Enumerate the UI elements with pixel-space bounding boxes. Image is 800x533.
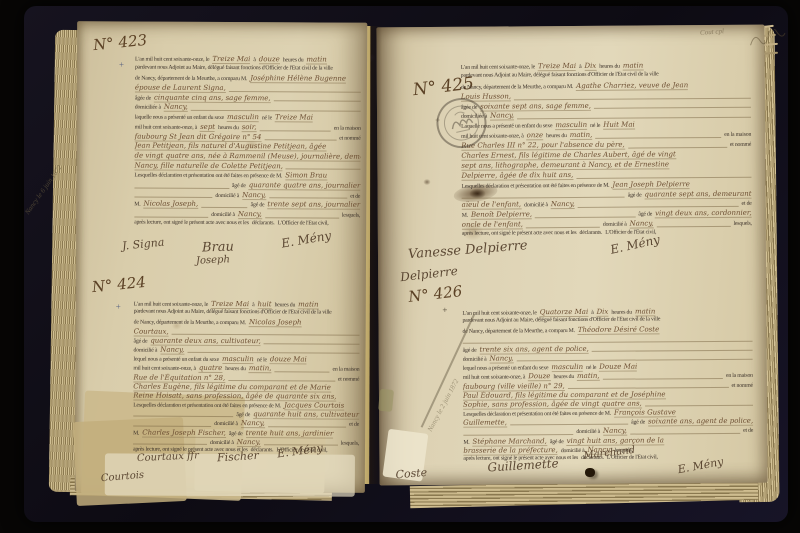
handwritten-entry: quarante deux ans, cultivateur, (150, 336, 261, 346)
form-line: après lecture, ont signé le présent acte… (133, 447, 359, 457)
printed-text: mil huit cent soixante-onze, à (135, 124, 197, 130)
handwritten-entry: Nancy, (242, 191, 266, 200)
signature: Joseph (196, 254, 230, 267)
blank-rule (628, 146, 727, 149)
handwritten-entry: vingt huit ans, garçon de la (567, 436, 664, 446)
printed-text: lesquels, (342, 213, 360, 219)
handwritten-entry: douze (259, 55, 280, 64)
handwritten-entry: Nancy, (489, 354, 513, 363)
printed-text: heures du (283, 57, 304, 63)
printed-text: lequel nous a présenté un enfant du sexe (133, 357, 219, 363)
printed-text: domicilié à (576, 429, 600, 435)
handwritten-entry: quarante huit ans, cultivateur (253, 410, 359, 420)
handwritten-entry: masculin (551, 363, 583, 372)
handwritten-entry: Charles Joseph Fischer, (142, 428, 226, 437)
blank-rule (630, 431, 740, 434)
printed-text: pardevant nous Adjoint au Maire, délégué… (134, 309, 332, 316)
printed-text: domicilié à (215, 193, 239, 199)
printed-text: en la maison (724, 132, 751, 138)
form-line: Reine Hoisatt, sans profession, âgée de … (133, 391, 359, 401)
printed-text: L'an mil huit cent soixante-onze, le (461, 64, 535, 71)
printed-text: heures du (599, 64, 620, 70)
handwritten-entry: quarante quatre ans, journalier (249, 181, 361, 191)
printed-text: heures du (611, 310, 632, 316)
printed-text: heures du (218, 125, 239, 131)
left-page: N° 423 + L'an mil huit cent soixante-onz… (75, 21, 367, 493)
printed-text: né le (257, 357, 267, 363)
form-line: après lecture, ont signé le présent acte… (134, 219, 360, 230)
blank-rule (603, 376, 723, 379)
blank-rule (517, 116, 751, 120)
handwritten-entry: Théodore Désiré Coste (578, 326, 659, 336)
handwritten-entry: Nancy, (238, 210, 262, 219)
act-number: N° 423 (92, 31, 148, 54)
handwritten-entry: Agathe Charriez, veuve de Jean (576, 81, 688, 91)
handwritten-entry: trente sept ans, journalier (267, 201, 360, 210)
printed-text: lesquels, (341, 440, 359, 446)
handwritten-entry: faubourg St Jean dit Grégoire n° 54 (135, 132, 262, 142)
blank-rule (201, 206, 247, 208)
signature: E. Mény (280, 228, 332, 250)
handwritten-entry: onze (527, 131, 544, 140)
printed-text: M. (463, 439, 469, 445)
birth-act-426: N° 426 + L'an mil huit cent soixante-onz… (378, 277, 767, 486)
blank-rule (264, 443, 338, 445)
handwritten-entry: Reine Hoisatt, sans profession, âgée de … (133, 391, 336, 401)
printed-text: déclarants. (252, 220, 275, 226)
printed-text: pardevant nous Adjoint au Maire, délégué… (461, 71, 659, 78)
ink-blot (585, 468, 595, 477)
printed-text: déclarants. (251, 447, 274, 453)
printed-text: déclarants. (581, 455, 604, 461)
archival-note: Cout cpl (700, 27, 724, 37)
handwritten-entry: Jean Petitjean, fils naturel d'Augustine… (135, 142, 327, 152)
printed-text: né le (262, 115, 272, 121)
handwritten-entry: Nicolas Joseph, (143, 200, 198, 209)
printed-text: lesquels, (614, 447, 632, 453)
handwritten-entry: Benoît Delpierre, (471, 211, 532, 220)
printed-text: et de (742, 201, 752, 207)
printed-text: de Nancy, département de la Meurthe, a c… (463, 328, 575, 335)
handwritten-entry: Huit Mai (603, 121, 635, 130)
printed-text: Lesquelles déclaration et présentation o… (134, 173, 282, 180)
blank-rule (274, 370, 329, 372)
blank-rule (576, 175, 751, 178)
blank-rule (535, 216, 635, 219)
handwritten-entry: sept (200, 123, 215, 132)
printed-text: âgé de (550, 439, 564, 445)
printed-text: à (579, 64, 581, 70)
printed-text: âgée de (135, 95, 151, 101)
handwritten-entry: Nancy, (160, 346, 184, 355)
printed-text: domicilié à (524, 203, 548, 209)
blank-rule (191, 109, 361, 112)
printed-text: heures du (553, 374, 574, 380)
handwritten-entry: Quatorze Mai (540, 308, 588, 317)
handwritten-entry: Nancy, (164, 103, 188, 112)
handwritten-entry: Nancy, (630, 220, 654, 229)
printed-text: L'Officier de l'État civil, (605, 230, 656, 236)
blank-rule (463, 433, 573, 436)
signature: Coste (395, 466, 428, 481)
printed-text: domiciliée à (135, 105, 161, 111)
form-line: après lecture, ont signé le présent acte… (463, 454, 753, 465)
blank-rule (268, 425, 346, 427)
printed-text: domicilié à (463, 357, 487, 363)
printed-text: âgé de (628, 192, 642, 198)
handwritten-entry: Treize Mai (275, 113, 313, 122)
printed-text: laquelle nous a présenté un enfant du se… (135, 115, 224, 121)
blank-rule (578, 205, 739, 208)
handwritten-entry: trente huit ans, jardinier (246, 429, 334, 438)
margin-cross-mark: + (442, 305, 447, 315)
blank-rule (592, 349, 753, 352)
handwritten-entry: Douze Mai (599, 363, 637, 372)
blank-rule (187, 351, 359, 354)
printed-text: en la maison (726, 373, 753, 379)
printed-text: heures du (546, 133, 567, 139)
handwritten-entry: Simon Brau (285, 172, 327, 181)
printed-text: L'Officier de l'État civil, (276, 447, 327, 453)
handwritten-entry: masculin (555, 121, 587, 130)
printed-text: domicilié à (561, 448, 585, 454)
handwritten-entry: soir, (242, 123, 257, 132)
printed-text: âgé de (463, 347, 477, 353)
handwritten-entry: matin, (577, 372, 600, 381)
printed-text: déclarants. (579, 230, 602, 236)
blank-rule (264, 138, 336, 140)
printed-text: Lesquelles déclaration et présentation o… (133, 403, 281, 410)
blank-rule (133, 443, 207, 445)
handwritten-entry: Nancy, fille naturelle de Colette Petitj… (134, 161, 283, 171)
handwritten-entry: Nicolas Joseph (249, 319, 302, 328)
handwritten-entry: cinquante cinq ans, sage femme, (154, 93, 271, 103)
handwritten-entry: quatre (199, 364, 223, 373)
handwritten-entry: Nancy, (551, 200, 575, 209)
handwritten-entry: oncle de l'enfant, (462, 221, 523, 230)
handwritten-entry: Nancy, (241, 420, 265, 429)
printed-text: après lecture, ont signé le présent acte… (134, 219, 249, 226)
printed-text: M. (462, 213, 468, 219)
printed-text: domicilié à (603, 222, 627, 228)
printed-text: âgé de (236, 412, 250, 418)
printed-text: et nommé (338, 376, 359, 382)
blank-rule (657, 225, 731, 228)
blank-rule (134, 186, 229, 188)
handwritten-entry: Nancy, (237, 438, 261, 447)
blank-rule (568, 386, 729, 389)
handwritten-entry: matin (623, 61, 643, 70)
handwritten-entry: Courtaux, (134, 327, 169, 336)
blank-rule (274, 100, 361, 102)
blank-rule (645, 404, 753, 407)
blank-rule (134, 196, 212, 198)
printed-text: lesquels, (733, 221, 751, 227)
handwritten-entry: masculin (227, 113, 259, 122)
handwritten-entry: Nancy, (490, 112, 514, 121)
printed-text: âgé de (229, 431, 243, 437)
register-photo: N° 423 + L'an mil huit cent soixante-onz… (0, 0, 800, 533)
handwritten-entry: soixante sept ans, sage femme, (480, 101, 591, 111)
blank-rule (134, 215, 208, 217)
printed-text: après lecture, ont signé le présent acte… (462, 230, 577, 237)
printed-text: domicilié à (211, 212, 235, 218)
printed-text: de Nancy, département de la Meurthe, a c… (134, 320, 246, 327)
birth-act-425: N° 425 + L'an mil huit cent soixante-onz… (376, 25, 766, 280)
blank-rule (172, 332, 360, 335)
blank-rule (286, 168, 361, 170)
handwritten-entry: soixante ans, agent de police, (648, 417, 753, 427)
printed-text: de Nancy, département de la Meurthe, a c… (135, 76, 247, 83)
printed-text: et de (349, 422, 359, 428)
printed-text: L'an mil huit cent soixante-onze, le (134, 302, 208, 308)
printed-text: L'Officier de l'État civil, (607, 454, 658, 460)
birth-act-424: N° 424 + L'an mil huit cent soixante-onz… (75, 271, 366, 493)
printed-text: L'Officier de l'État civil, (278, 220, 329, 226)
handwritten-entry: quarante sept ans, demeurant (644, 189, 751, 199)
handwritten-entry: trente six ans, agent de police, (479, 345, 588, 355)
handwritten-entry: matin, (570, 131, 593, 140)
printed-text: âgé de (631, 420, 645, 426)
blank-rule (462, 196, 625, 199)
handwritten-entry: Treize Mai (211, 300, 249, 309)
printed-text: de Nancy, département de la Meurthe, a c… (461, 84, 573, 91)
handwritten-entry: matin (298, 300, 318, 309)
blank-rule (260, 129, 331, 131)
printed-text: en la maison (332, 367, 359, 373)
blank-rule (514, 96, 751, 100)
printed-text: âgé de (232, 183, 246, 189)
handwritten-entry: Nancy, (587, 446, 611, 455)
printed-text: né le (590, 123, 600, 129)
handwritten-entry: aïeul de l'enfant, (462, 201, 522, 210)
printed-text: et de (350, 193, 360, 199)
signature: Vanesse Delpierre (408, 238, 529, 262)
act-text-body: L'an mil huit cent soixante-onze, leTrei… (134, 55, 361, 231)
handwritten-entry: de vingt quatre ans, née à Rammenil (Meu… (135, 151, 361, 161)
signature: J. Signa (122, 236, 165, 253)
printed-text: M. (133, 430, 139, 436)
printed-text: heures du (275, 302, 296, 308)
act-text-body: L'an mil huit cent soixante-onze, leTrei… (133, 300, 360, 457)
handwritten-entry: Dix (597, 308, 609, 317)
handwritten-entry: matin (306, 55, 326, 64)
gutter-crease-shadow (370, 26, 382, 484)
printed-text: et nommé (731, 382, 752, 388)
handwritten-entry: Guillemette, (463, 419, 507, 428)
printed-text: à (253, 57, 255, 63)
printed-text: heures du (225, 366, 246, 372)
handwritten-entry: Joséphine Hélène Bugenne (250, 75, 346, 85)
blank-rule (526, 226, 600, 229)
handwritten-entry: faubourg (ville vieille) n° 29, (463, 382, 565, 392)
handwritten-entry: vingt deux ans, cordonnier, (655, 209, 752, 219)
printed-text: après lecture, ont signé le présent acte… (133, 447, 248, 454)
blank-rule (228, 379, 335, 382)
signature: Courtois (100, 470, 144, 485)
handwritten-entry: Rue de l'Équitation n° 28, (133, 373, 225, 382)
handwritten-entry: Stéphane Marchand, (472, 437, 546, 447)
handwritten-entry: Jean Joseph Delpierre (612, 180, 690, 190)
handwritten-entry: matin (635, 307, 655, 316)
form-line: après lecture, ont signé le présent acte… (462, 229, 752, 241)
blank-rule (269, 197, 347, 199)
printed-text: à (591, 310, 593, 316)
handwritten-entry: Jacques Courtois (284, 401, 344, 410)
blank-rule (595, 136, 721, 139)
printed-text: à (252, 302, 254, 308)
handwritten-entry: Delpierre, âgée de dix huit ans, (461, 171, 573, 181)
handwritten-entry: matin, (249, 364, 272, 373)
printed-text: mil huit cent soixante-onze, à (133, 366, 195, 372)
printed-text: Lesquelles déclaration et présentation o… (461, 182, 609, 189)
printed-text: mil huit cent soixante-onze, à (463, 375, 525, 381)
margin-cross-mark: + (116, 301, 121, 311)
act-text-body: L'an mil huit cent soixante-onze, leQuat… (462, 307, 753, 465)
handwritten-entry: Nancy, (603, 427, 627, 436)
blank-rule (229, 90, 361, 93)
blank-rule (516, 358, 752, 362)
handwritten-entry: Dix (584, 62, 596, 71)
blank-rule (510, 423, 628, 426)
margin-cross-mark: + (119, 59, 124, 69)
printed-text: et nommé (730, 142, 751, 148)
handwritten-entry: Charles Ernest, fils légitime de Charles… (461, 150, 676, 160)
birth-act-423: N° 423 + L'an mil huit cent soixante-onz… (76, 21, 367, 278)
printed-text: domicilié à (133, 347, 157, 353)
printed-text: et de (743, 428, 753, 434)
handwritten-entry: Treize Mai (212, 55, 250, 64)
act-text-body: L'an mil huit cent soixante-onze, leTrei… (461, 61, 752, 241)
printed-text: M. (134, 202, 140, 208)
handwritten-entry: François Gustave (614, 408, 676, 417)
printed-text: après lecture, ont signé le présent acte… (463, 455, 578, 462)
handwritten-entry: brasserie de la préfecture, (463, 446, 557, 456)
signature: Brau (202, 240, 234, 256)
act-number: N° 424 (91, 273, 147, 296)
handwritten-entry: masculin (222, 355, 254, 364)
printed-text: et nommé (339, 135, 360, 141)
blank-rule (133, 415, 233, 418)
blank-rule (133, 424, 211, 426)
handwritten-entry: huit (257, 300, 271, 309)
blank-rule (594, 106, 751, 109)
handwritten-entry: Douze (528, 372, 550, 381)
printed-text: lequel nous a présenté un enfant du sexe (463, 365, 549, 372)
blank-rule (265, 216, 339, 218)
printed-text: en la maison (334, 125, 361, 131)
blank-rule (264, 342, 360, 345)
printed-text: âgé de (638, 212, 652, 218)
printed-text: âgé de (251, 202, 265, 208)
printed-text: né le (586, 365, 596, 371)
printed-text: pardevant nous Adjoint au Maire, délégué… (135, 64, 333, 71)
handwritten-entry: épouse de Laurent Signa, (135, 84, 226, 93)
handwritten-entry: douze Mai (270, 355, 307, 364)
printed-text: domicilié à (214, 421, 238, 427)
act-number: N° 426 (407, 282, 463, 306)
printed-text: âgé de (134, 338, 148, 344)
printed-text: domicilié à (210, 440, 234, 446)
printed-text: pardevant nous Adjoint au Maire, délégué… (462, 317, 660, 324)
handwritten-entry: Treize Mai (538, 62, 576, 71)
printed-text: L'an mil huit cent soixante-onze, le (135, 57, 209, 63)
printed-text: Lesquelles déclaration et présentation o… (463, 411, 611, 418)
handwritten-entry: sept ans, lithographe, demeurant à Nancy… (461, 160, 669, 170)
